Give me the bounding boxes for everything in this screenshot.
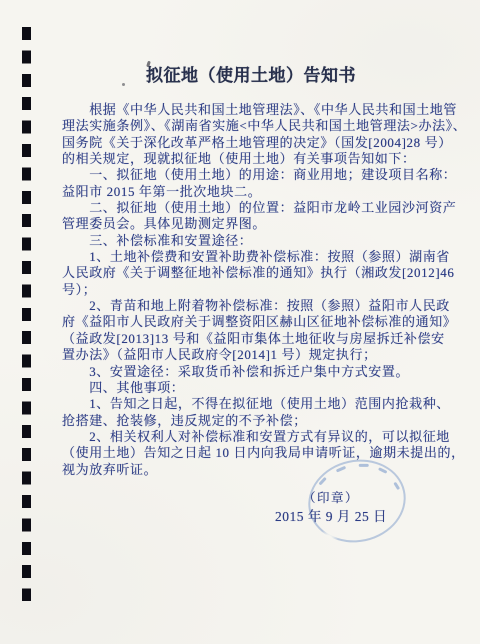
document-line: 二、拟征地（使用土地）的位置：益阳市龙岭工业园沙河资产 bbox=[62, 200, 442, 216]
scanned-page: 拟征地（使用土地）告知书 根据《中华人民共和国土地管理法》、《中华人民共和国土地… bbox=[0, 0, 480, 644]
document-line: 2、相关权利人对补偿标准和安置方式有异议的，可以拟征地 bbox=[62, 429, 442, 445]
document-line: 1、土地补偿费和安置补助费补偿标准：按照（参照）湖南省 bbox=[62, 249, 442, 265]
document-line: （益政发[2013]13 号和《益阳市集体土地征收与房屋拆迁补偿安 bbox=[62, 331, 442, 347]
document-line: 人民政府《关于调整征地补偿标准的通知》执行（湘政发[2012]46 bbox=[62, 265, 442, 281]
document-date: 2015 年 9 月 25 日 bbox=[275, 505, 387, 525]
seal-glyph-mark bbox=[359, 464, 369, 467]
document-line: 置办法》（益阳市人民政府令[2014]1 号）规定执行； bbox=[62, 347, 442, 363]
binding-holes bbox=[22, 27, 31, 601]
document-body: 根据《中华人民共和国土地管理法》、《中华人民共和国土地管理法实施条例》、《湖南省… bbox=[62, 102, 442, 478]
document-title: 拟征地（使用土地）告知书 bbox=[62, 61, 440, 86]
document-line: 益阳市 2015 年第一批次地块二。 bbox=[62, 184, 442, 200]
document-line: 管理委员会。具体见勘测定界图。 bbox=[62, 216, 442, 232]
document-line: 1、告知之日起，不得在拟征地（使用土地）范围内抢栽种、 bbox=[62, 396, 442, 412]
document-line: 根据《中华人民共和国土地管理法》、《中华人民共和国土地管 bbox=[62, 102, 442, 118]
seal-placeholder-label: （印章） bbox=[303, 488, 359, 506]
document-line: 国务院《关于深化改革严格土地管理的决定》（国发[2004]28 号） bbox=[62, 135, 442, 151]
document-line: （使用土地）告知之日起 10 日内向我局申请听证，逾期未提出的， bbox=[62, 445, 442, 461]
document-line: 抢搭建、抢装修，违反规定的不予补偿； bbox=[62, 413, 442, 429]
document-line: 的相关规定，现就拟征地（使用土地）有关事项告知如下： bbox=[62, 151, 442, 167]
document-line: 三、补偿标准和安置途径： bbox=[62, 233, 442, 249]
document-line: 号）； bbox=[62, 282, 442, 298]
document-line: 四、其他事项： bbox=[62, 380, 442, 396]
document-line: 2、青苗和地上附着物补偿标准：按照（参照）益阳市人民政 bbox=[62, 298, 442, 314]
document-line: 理法实施条例》、《湖南省实施<中华人民共和国土地管理法>办法》、 bbox=[62, 118, 442, 134]
document-line: 3、安置途径：采取货币补偿和拆迁户集中方式安置。 bbox=[62, 364, 442, 380]
document-line: 一、拟征地（使用土地）的用途：商业用地；建设项目名称： bbox=[62, 167, 442, 183]
document-line: 府《益阳市人民政府关于调整资阳区赫山区征地补偿标准的通知》 bbox=[62, 314, 442, 330]
